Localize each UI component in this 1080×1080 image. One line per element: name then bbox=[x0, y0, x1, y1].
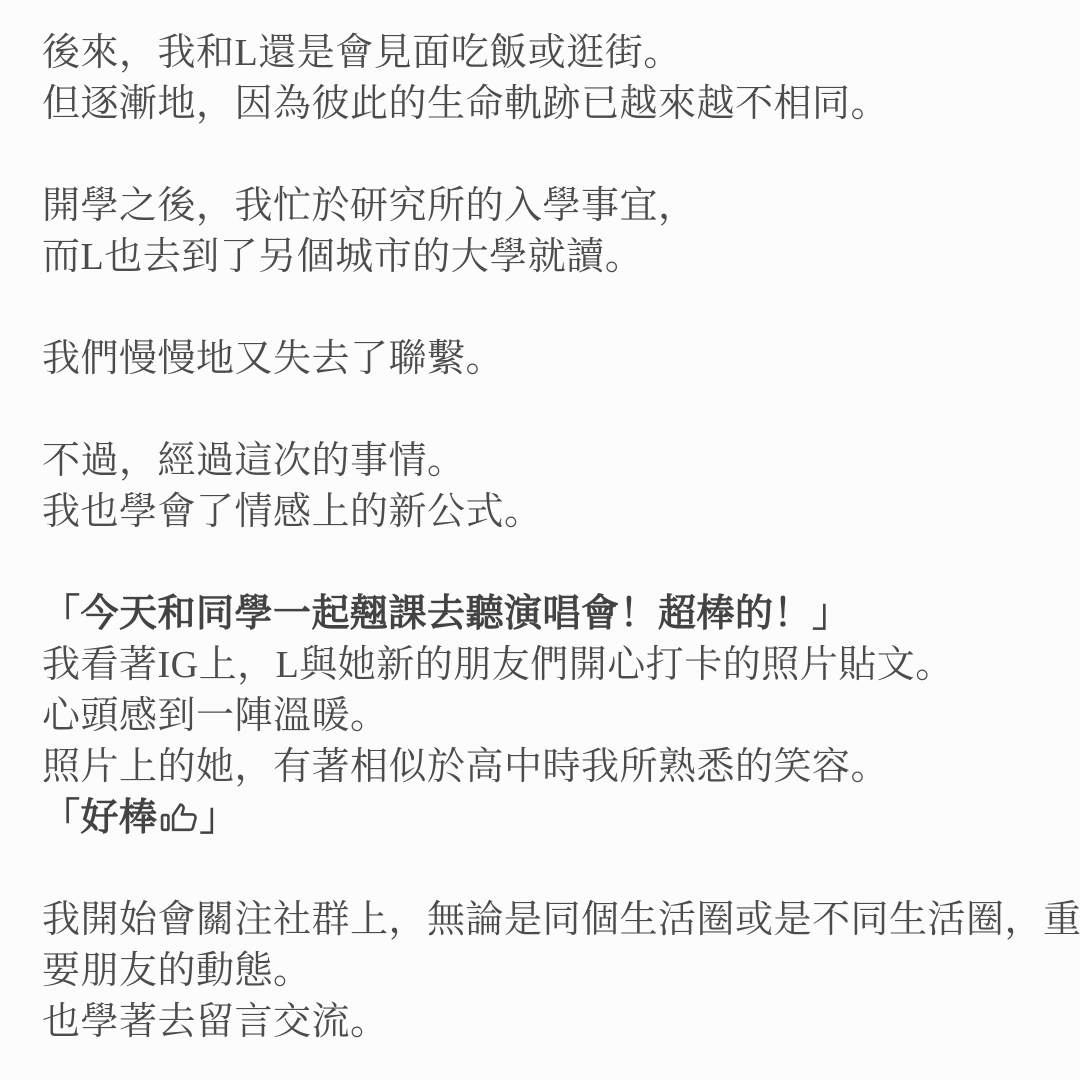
story-page: 後來，我和L還是會見面吃飯或逛街。 但逐漸地，因為彼此的生命軌跡已越來越不相同。… bbox=[0, 0, 1080, 1080]
story-line: 我看著IG上，L與她新的朋友們開心打卡的照片貼文。 bbox=[42, 640, 1070, 691]
story-line: 也學著去留言交流。 bbox=[42, 997, 1070, 1048]
story-line: 開學之後，我忙於研究所的入學事宜， bbox=[42, 181, 1070, 232]
story-line: 但逐漸地，因為彼此的生命軌跡已越來越不相同。 bbox=[42, 79, 1070, 130]
ig-post-caption: 「今天和同學一起翹課去聽演唱會！超棒的！」 bbox=[42, 589, 1070, 640]
story-line: 我也學會了情感上的新公式。 bbox=[42, 487, 1070, 538]
story-paragraph: 「今天和同學一起翹課去聽演唱會！超棒的！」 我看著IG上，L與她新的朋友們開心打… bbox=[42, 589, 1070, 844]
story-line: 我們慢慢地又失去了聯繫。 bbox=[42, 334, 1070, 385]
like-comment-prefix: 「好棒 bbox=[42, 797, 158, 839]
story-line: 照片上的她，有著相似於高中時我所熟悉的笑容。 bbox=[42, 742, 1070, 793]
story-paragraph: 開學之後，我忙於研究所的入學事宜， 而L也去到了另個城市的大學就讀。 bbox=[42, 181, 1070, 283]
story-line: 不過，經過這次的事情。 bbox=[42, 436, 1070, 487]
story-line: 心頭感到一陣溫暖。 bbox=[42, 691, 1070, 742]
story-line: 要朋友的動態。 bbox=[42, 946, 1070, 997]
story-line: 後來，我和L還是會見面吃飯或逛街。 bbox=[42, 28, 1070, 79]
story-paragraph: 我開始會關注社群上，無論是同個生活圈或是不同生活圈，重 要朋友的動態。 也學著去… bbox=[42, 895, 1070, 1048]
story-paragraph: 後來，我和L還是會見面吃飯或逛街。 但逐漸地，因為彼此的生命軌跡已越來越不相同。 bbox=[42, 28, 1070, 130]
story-paragraph: 不過，經過這次的事情。 我也學會了情感上的新公式。 bbox=[42, 436, 1070, 538]
thumbs-up-icon bbox=[159, 797, 199, 835]
story-line: 我開始會關注社群上，無論是同個生活圈或是不同生活圈，重 bbox=[42, 895, 1070, 946]
story-line: 而L也去到了另個城市的大學就讀。 bbox=[42, 232, 1070, 283]
story-paragraph: 我們慢慢地又失去了聯繫。 bbox=[42, 334, 1070, 385]
like-comment-suffix: 」 bbox=[200, 797, 239, 839]
like-comment-line: 「好棒」 bbox=[42, 793, 1070, 844]
